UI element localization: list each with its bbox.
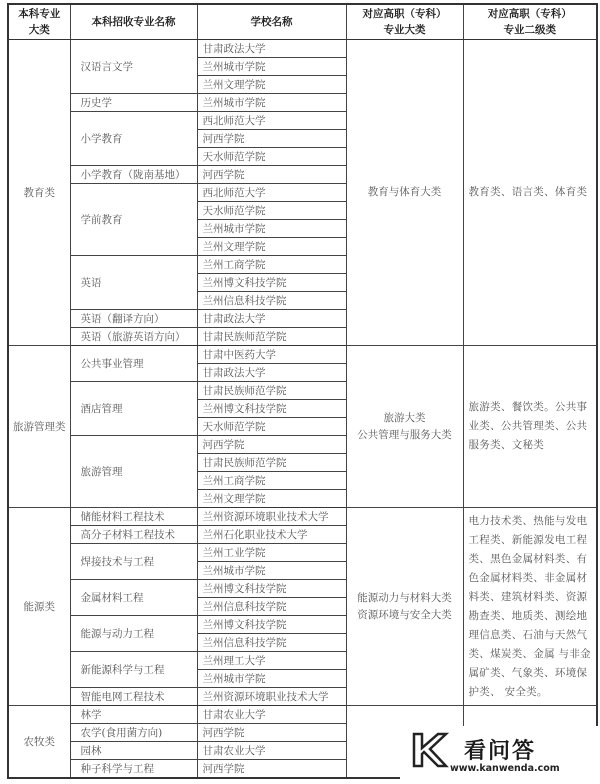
school-name-cell: 甘肃政法大学 — [197, 40, 346, 58]
major-name-cell: 酒店管理 — [70, 382, 197, 436]
header-vocational-sub: 对应高职（专科） 专业二级类 — [463, 4, 597, 40]
school-name-cell: 甘肃民族师范学院 — [197, 454, 346, 472]
school-name-cell: 兰州博文科技学院 — [197, 274, 346, 292]
major-name-cell: 园林 — [70, 742, 197, 760]
school-name-cell: 兰州城市学院 — [197, 562, 346, 580]
major-name-cell: 金属材料工程 — [70, 580, 197, 616]
vocational-big-text: 教育与体育大类 — [368, 186, 442, 198]
major-name-cell: 英语（旅游英语方向） — [70, 328, 197, 346]
major-name-cell: 小学教育（陇南基地） — [70, 166, 197, 184]
major-name-cell: 种子科学与工程 — [70, 760, 197, 779]
school-name-cell: 河西学院 — [197, 724, 346, 742]
school-name-cell: 兰州文理学院 — [197, 238, 346, 256]
school-name-cell: 甘肃民族师范学院 — [197, 382, 346, 400]
school-name-cell: 兰州工商学院 — [197, 472, 346, 490]
table-row: 旅游管理类公共事业管理甘肃中医药大学旅游大类 公共管理与服务大类旅游类、餐饮类。… — [8, 346, 597, 364]
school-name-cell: 兰州城市学院 — [197, 58, 346, 76]
vocational-big-text: 旅游大类 公共管理与服务大类 — [357, 412, 452, 441]
school-name-cell: 兰州工商学院 — [197, 256, 346, 274]
major-name-cell: 林学 — [70, 706, 197, 724]
category-cell: 农牧类 — [8, 706, 70, 779]
school-name-cell: 兰州博文科技学院 — [197, 616, 346, 634]
vocational-sub-cell: 教育类、语言类、体育类 — [463, 40, 597, 346]
school-name-cell: 兰州石化职业技术大学 — [197, 526, 346, 544]
school-name-cell: 兰州工业学院 — [197, 544, 346, 562]
school-name-cell: 甘肃民族师范学院 — [197, 328, 346, 346]
header-major: 本科招收专业名称 — [70, 4, 197, 40]
vocational-sub-cell: 电力技术类、热能与发电工程类、新能源发电工程类、黑色金属材料类、有色金属材料类、… — [463, 508, 597, 706]
school-name-cell: 河西学院 — [197, 760, 346, 779]
major-name-cell: 能源与动力工程 — [70, 616, 197, 652]
school-name-cell: 兰州城市学院 — [197, 220, 346, 238]
header-category: 本科专业 大类 — [8, 4, 70, 40]
vocational-big-cell: 教育与体育大类 — [346, 40, 463, 346]
table-row: 能源类储能材料工程技术兰州资源环境职业技术大学能源动力与材料大类 资源环境与安全… — [8, 508, 597, 526]
school-name-cell: 甘肃农业大学 — [197, 706, 346, 724]
school-name-cell: 甘肃政法大学 — [197, 364, 346, 382]
watermark-title: 看问答 — [464, 734, 536, 765]
school-name-cell: 甘肃农业大学 — [197, 742, 346, 760]
major-name-cell: 旅游管理 — [70, 436, 197, 508]
major-name-cell: 汉语言文学 — [70, 40, 197, 94]
vocational-big-cell: 旅游大类 公共管理与服务大类 — [346, 346, 463, 508]
major-name-cell: 公共事业管理 — [70, 346, 197, 382]
school-name-cell: 河西学院 — [197, 166, 346, 184]
school-name-cell: 兰州信息科技学院 — [197, 292, 346, 310]
header-school: 学校名称 — [197, 4, 346, 40]
school-name-cell: 兰州理工大学 — [197, 652, 346, 670]
school-name-cell: 兰州博文科技学院 — [197, 580, 346, 598]
major-mapping-table: 本科专业 大类 本科招收专业名称 学校名称 对应高职（专科） 专业大类 对应高职… — [7, 3, 598, 779]
school-name-cell: 甘肃中医药大学 — [197, 346, 346, 364]
school-name-cell: 天水师范学院 — [197, 202, 346, 220]
school-name-cell: 河西学院 — [197, 130, 346, 148]
watermark-url: www.kanwenda.com — [450, 763, 560, 774]
school-name-cell: 西北师范大学 — [197, 112, 346, 130]
category-cell: 教育类 — [8, 40, 70, 346]
school-name-cell: 兰州资源环境职业技术大学 — [197, 688, 346, 706]
table-row: 教育类汉语言文学甘肃政法大学教育与体育大类教育类、语言类、体育类 — [8, 40, 597, 58]
vocational-big-text: 能源动力与材料大类 资源环境与安全大类 — [357, 592, 452, 621]
kanwenda-logo-icon — [410, 730, 450, 770]
school-name-cell: 河西学院 — [197, 436, 346, 454]
major-name-cell: 历史学 — [70, 94, 197, 112]
vocational-big-cell: 能源动力与材料大类 资源环境与安全大类 — [346, 508, 463, 706]
school-name-cell: 西北师范大学 — [197, 184, 346, 202]
school-name-cell: 天水师范学院 — [197, 148, 346, 166]
major-name-cell: 智能电网工程技术 — [70, 688, 197, 706]
school-name-cell: 天水师范学院 — [197, 418, 346, 436]
major-name-cell: 高分子材料工程技术 — [70, 526, 197, 544]
school-name-cell: 兰州信息科技学院 — [197, 634, 346, 652]
school-name-cell: 兰州博文科技学院 — [197, 400, 346, 418]
table-row: 农牧类林学甘肃农业大学 — [8, 706, 597, 724]
major-name-cell: 英语 — [70, 256, 197, 310]
school-name-cell: 兰州城市学院 — [197, 670, 346, 688]
school-name-cell: 兰州文理学院 — [197, 76, 346, 94]
category-cell: 旅游管理类 — [8, 346, 70, 508]
watermark: 看问答 www.kanwenda.com — [400, 726, 600, 784]
major-name-cell: 英语（翻译方向） — [70, 310, 197, 328]
category-cell: 能源类 — [8, 508, 70, 706]
major-name-cell: 储能材料工程技术 — [70, 508, 197, 526]
header-vocational-big: 对应高职（专科） 专业大类 — [346, 4, 463, 40]
school-name-cell: 兰州城市学院 — [197, 94, 346, 112]
major-name-cell: 小学教育 — [70, 112, 197, 166]
vocational-sub-cell: 旅游类、餐饮类。公共事业类、公共管理类、公共服务类、文秘类 — [463, 346, 597, 508]
major-name-cell: 新能源科学与工程 — [70, 652, 197, 688]
school-name-cell: 兰州文理学院 — [197, 490, 346, 508]
school-name-cell: 兰州信息科技学院 — [197, 598, 346, 616]
school-name-cell: 兰州资源环境职业技术大学 — [197, 508, 346, 526]
major-name-cell: 学前教育 — [70, 184, 197, 256]
table-body: 教育类汉语言文学甘肃政法大学教育与体育大类教育类、语言类、体育类兰州城市学院兰州… — [8, 40, 597, 779]
school-name-cell: 甘肃政法大学 — [197, 310, 346, 328]
table-header-row: 本科专业 大类 本科招收专业名称 学校名称 对应高职（专科） 专业大类 对应高职… — [8, 4, 597, 40]
major-name-cell: 焊接技术与工程 — [70, 544, 197, 580]
major-name-cell: 农学(食用菌方向) — [70, 724, 197, 742]
